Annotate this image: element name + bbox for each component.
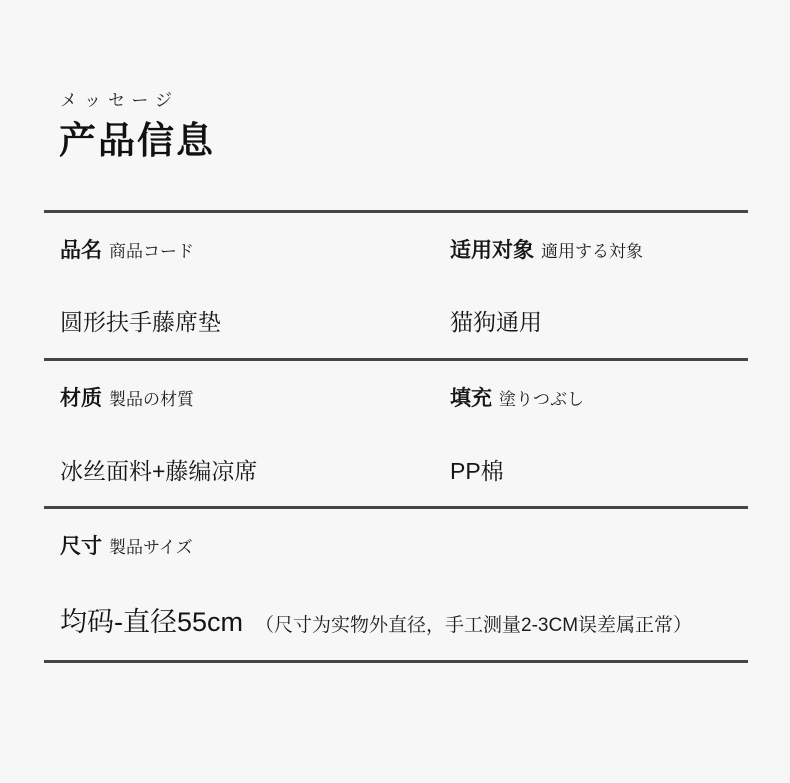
- spec-value-filling: PP棉: [450, 457, 748, 487]
- product-info-page: メッセージ 产品信息 品名 商品コード 圆形扶手藤席垫 适用对象 適用する対象 …: [0, 0, 790, 783]
- spec-label-applicable-target: 适用对象: [450, 238, 534, 263]
- spec-label-line: 品名 商品コード: [60, 238, 434, 263]
- spec-value-product-name: 圆形扶手藤席垫: [60, 308, 434, 338]
- spec-label-product-name: 品名: [60, 238, 102, 263]
- spec-sublabel-filling: 塗りつぶし: [499, 390, 584, 410]
- spec-label-line: 材质 製品の材質: [60, 386, 434, 411]
- spec-row-name-target: 品名 商品コード 圆形扶手藤席垫 适用对象 適用する対象 猫狗通用: [44, 210, 748, 358]
- spec-label-filling: 填充: [450, 386, 492, 411]
- spec-value-material: 冰丝面料+藤编凉席: [60, 457, 434, 487]
- page-title: 产品信息: [59, 120, 790, 163]
- spec-cell-filling: 填充 塗りつぶし PP棉: [434, 386, 748, 486]
- spec-label-material: 材质: [60, 386, 102, 411]
- spec-row-material-filling: 材质 製品の材質 冰丝面料+藤编凉席 填充 塗りつぶし PP棉: [44, 358, 748, 506]
- spec-cell-material: 材质 製品の材質 冰丝面料+藤编凉席: [44, 386, 434, 486]
- spec-table: 品名 商品コード 圆形扶手藤席垫 适用对象 適用する対象 猫狗通用 材质 製品の…: [44, 210, 748, 662]
- size-value: 均码-直径55cm: [60, 605, 243, 640]
- spec-value-size: 均码-直径55cm （尺寸为实物外直径，手工测量2-3CM误差属正常）: [60, 605, 748, 640]
- spec-label-line: 尺寸 製品サイズ: [60, 534, 748, 559]
- page-header: メッセージ 产品信息: [0, 0, 790, 162]
- header-subtitle: メッセージ: [60, 92, 790, 111]
- spec-cell-product-name: 品名 商品コード 圆形扶手藤席垫: [44, 238, 434, 338]
- size-measurement-note: （尺寸为实物外直径，手工测量2-3CM误差属正常）: [255, 614, 692, 639]
- spec-label-line: 填充 塗りつぶし: [450, 386, 748, 411]
- spec-label-size: 尺寸: [60, 534, 102, 559]
- spec-value-applicable-target: 猫狗通用: [450, 308, 748, 338]
- spec-label-line: 适用对象 適用する対象: [450, 238, 748, 263]
- spec-sublabel-product-name: 商品コード: [109, 242, 194, 262]
- spec-sublabel-applicable-target: 適用する対象: [541, 242, 643, 262]
- spec-cell-size: 尺寸 製品サイズ 均码-直径55cm （尺寸为实物外直径，手工测量2-3CM误差…: [44, 534, 748, 639]
- spec-cell-applicable-target: 适用对象 適用する対象 猫狗通用: [434, 238, 748, 338]
- spec-sublabel-size: 製品サイズ: [109, 538, 193, 558]
- spec-row-size: 尺寸 製品サイズ 均码-直径55cm （尺寸为实物外直径，手工测量2-3CM误差…: [44, 506, 748, 662]
- spec-sublabel-material: 製品の材質: [109, 390, 194, 410]
